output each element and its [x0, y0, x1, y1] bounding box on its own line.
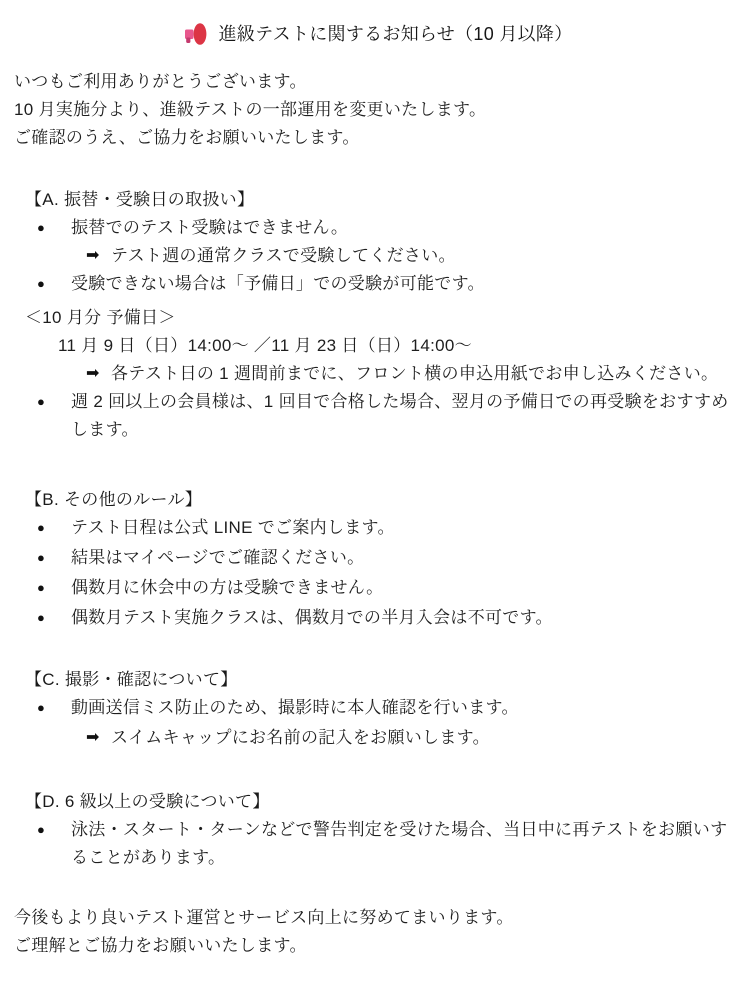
bullet-icon: ●	[37, 816, 45, 844]
list-subitem: ➡ テスト週の通常クラスで受験してください。	[14, 242, 742, 270]
list-item: ● 受験できない場合は「予備日」での受験が可能です。	[14, 270, 742, 298]
list-item: ● 振替でのテスト受験はできません。	[14, 214, 742, 242]
list-item: ● 週 2 回以上の会員様は、1 回目で合格した場合、翌月の予備日での再受験をお…	[14, 388, 742, 416]
list-item: ● 偶数月に休会中の方は受験できません。	[14, 574, 742, 602]
intro-line: いつもご利用ありがとうございます。	[14, 68, 742, 96]
arrow-icon: ➡	[86, 724, 100, 752]
list-item: ● 結果はマイページでご確認ください。	[14, 544, 742, 572]
section-d-grade6-and-above: 【D. 6 級以上の受験について】 ● 泳法・スタート・ターンなどで警告判定を受…	[14, 788, 742, 872]
closing-paragraph: 今後もより良いテスト運営とサービス向上に努めてまいります。 ご理解とご協力をお願…	[14, 904, 742, 960]
section-heading: 【B. その他のルール】	[14, 486, 742, 514]
bullet-icon: ●	[37, 514, 45, 542]
section-heading: 【C. 撮影・確認について】	[14, 666, 742, 694]
reserve-day-dates: 11 月 9 日（日）14:00～ ／11 月 23 日（日）14:00～	[14, 332, 742, 360]
page-title: 進級テストに関するお知らせ（10 月以降）	[14, 20, 742, 48]
bullet-icon: ●	[37, 214, 45, 242]
list-item: ● 泳法・スタート・ターンなどで警告判定を受けた場合、当日中に再テストをお願いす	[14, 816, 742, 844]
list-item: ● 動画送信ミス防止のため、撮影時に本人確認を行います。	[14, 694, 742, 722]
bullet-icon: ●	[37, 574, 45, 602]
list-subitem-text: スイムキャップにお名前の記入をお願いします。	[111, 728, 490, 747]
bullet-icon: ●	[37, 544, 45, 572]
bullet-icon: ●	[37, 604, 45, 632]
section-heading: 【D. 6 級以上の受験について】	[14, 788, 742, 816]
list-item-continuation: します。	[14, 416, 742, 444]
section-heading: 【A. 振替・受験日の取扱い】	[14, 186, 742, 214]
list-item-text: 偶数月に休会中の方は受験できません。	[71, 578, 383, 597]
closing-line: ご理解とご協力をお願いいたします。	[14, 932, 742, 960]
notice-document: 進級テストに関するお知らせ（10 月以降） いつもご利用ありがとうございます。 …	[0, 0, 750, 960]
arrow-icon: ➡	[86, 360, 100, 388]
list-item: ● 偶数月テスト実施クラスは、偶数月での半月入会は不可です。	[14, 604, 742, 632]
list-subitem-text: テスト週の通常クラスで受験してください。	[111, 246, 456, 265]
list-item-continuation: ることがあります。	[14, 844, 742, 872]
bullet-icon: ●	[37, 270, 45, 298]
list-item: ● テスト日程は公式 LINE でご案内します。	[14, 514, 742, 542]
intro-paragraph: いつもご利用ありがとうございます。 10 月実施分より、進級テストの一部運用を変…	[14, 68, 742, 152]
arrow-icon: ➡	[86, 242, 100, 270]
intro-line: ご確認のうえ、ご協力をお願いいたします。	[14, 124, 742, 152]
bullet-icon: ●	[37, 388, 45, 416]
list-subitem: ➡ 各テスト日の 1 週間前までに、フロント横の申込用紙でお申し込みください。	[14, 360, 742, 388]
list-item-text: 結果はマイページでご確認ください。	[71, 548, 364, 567]
section-b-other-rules: 【B. その他のルール】 ● テスト日程は公式 LINE でご案内します。 ● …	[14, 486, 742, 632]
section-c-filming-verification: 【C. 撮影・確認について】 ● 動画送信ミス防止のため、撮影時に本人確認を行い…	[14, 666, 742, 752]
list-item-text: テスト日程は公式 LINE でご案内します。	[71, 518, 395, 537]
list-item-text: 週 2 回以上の会員様は、1 回目で合格した場合、翌月の予備日での再受験をおすす…	[71, 392, 729, 411]
closing-line: 今後もより良いテスト運営とサービス向上に努めてまいります。	[14, 904, 742, 932]
list-subitem: ➡ スイムキャップにお名前の記入をお願いします。	[14, 724, 742, 752]
list-item-text: 受験できない場合は「予備日」での受験が可能です。	[71, 274, 485, 293]
intro-line: 10 月実施分より、進級テストの一部運用を変更いたします。	[14, 96, 742, 124]
list-item-text: 動画送信ミス防止のため、撮影時に本人確認を行います。	[71, 698, 519, 717]
section-a-transfer-rules: 【A. 振替・受験日の取扱い】 ● 振替でのテスト受験はできません。 ➡ テスト…	[14, 186, 742, 444]
list-item-text: 偶数月テスト実施クラスは、偶数月での半月入会は不可です。	[71, 608, 553, 627]
megaphone-icon	[183, 21, 208, 47]
list-subitem-text: 各テスト日の 1 週間前までに、フロント横の申込用紙でお申し込みください。	[111, 364, 718, 383]
list-item-text: 振替でのテスト受験はできません。	[71, 218, 348, 237]
bullet-icon: ●	[37, 694, 45, 722]
page-title-text: 進級テストに関するお知らせ（10 月以降）	[218, 20, 572, 48]
reserve-day-label: ＜10 月分 予備日＞	[14, 304, 742, 332]
list-item-text: 泳法・スタート・ターンなどで警告判定を受けた場合、当日中に再テストをお願いす	[71, 820, 727, 839]
